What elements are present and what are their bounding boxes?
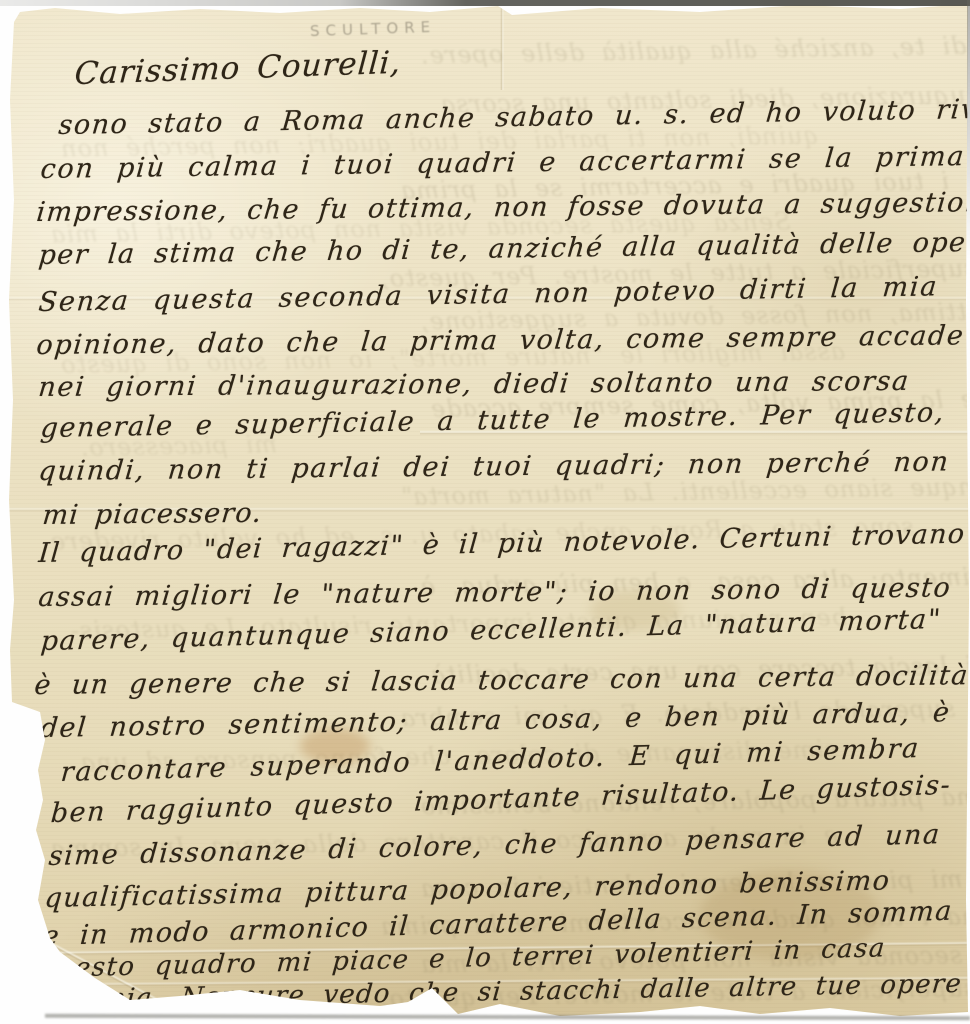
letter-line: Senza questa seconda visita non potevo d… bbox=[37, 271, 939, 318]
letter-line: Carissimo Courelli, bbox=[73, 45, 402, 93]
letter-line: opinione, dato che la prima volta, come … bbox=[35, 320, 966, 361]
letter-line: con più calma i tuoi quadri e accertarmi… bbox=[39, 141, 967, 185]
letter-line: quindi, non ti parlai dei tuoi quadri; n… bbox=[37, 446, 951, 487]
letter-line: impressione, che fu ottima, non fosse do… bbox=[35, 187, 970, 228]
letter-line: sono stato a Roma anche sabato u. s. ed … bbox=[57, 92, 970, 141]
letter-scan: per la stima che ho di te, anziché alla … bbox=[0, 0, 970, 1024]
pencil-annotation: SCULTORE bbox=[310, 18, 437, 40]
letter-line: parere, quantunque siano eccellenti. La … bbox=[40, 604, 943, 657]
paper-sheet: per la stima che ho di te, anziché alla … bbox=[0, 0, 970, 1024]
bleed-through-text: per la stima che ho di te, anziché alla … bbox=[420, 27, 970, 70]
crease bbox=[500, 6, 504, 90]
letter-line: mi piacessero. bbox=[41, 498, 264, 531]
scan-edge-shadow-bottom bbox=[45, 1014, 970, 1020]
letter-line: per la stima che ho di te, anziché alla … bbox=[37, 226, 970, 271]
letter-line: nei giorni d'inaugurazione, diedi soltan… bbox=[37, 366, 911, 403]
letter-line: generale e superficiale a tutte le mostr… bbox=[39, 397, 946, 444]
letter-line: è un genere che si lascia toccare con un… bbox=[33, 660, 970, 701]
scan-edge-shadow-top bbox=[0, 0, 970, 6]
letter-line: sime dissonanze di colore, che fanno pen… bbox=[48, 819, 943, 872]
